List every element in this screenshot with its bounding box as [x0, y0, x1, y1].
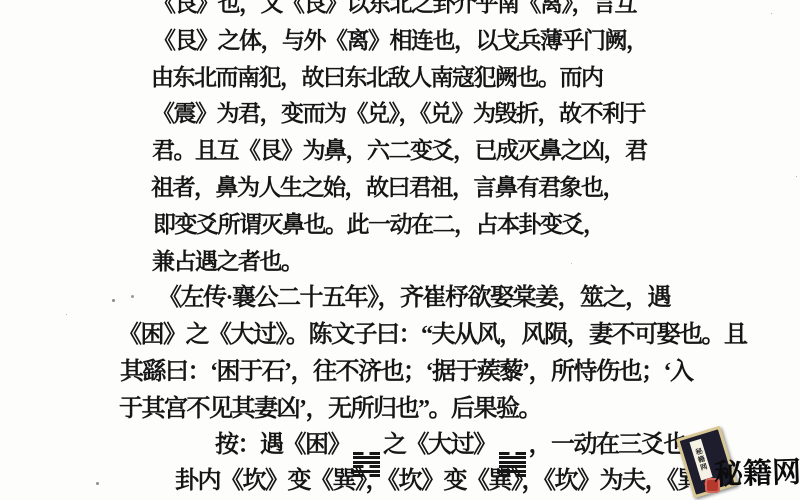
line13-text-mid: 之《大过》: [383, 432, 496, 458]
book-label-text: 秘籍网: [694, 447, 708, 472]
text-line-6: 祖者，鼻为人生之始，故曰君祖，言鼻有君象也，: [151, 174, 624, 202]
text-line-8: 兼占遇之者也。: [152, 248, 303, 276]
text-line-12: 于其宫不见其妻凶’，无所归也”。后果验。: [119, 395, 541, 424]
scan-noise-specks: [112, 299, 115, 302]
text-line-5: 君。且互《艮》为鼻，六二变爻，已成灭鼻之凶，君: [152, 137, 647, 165]
book-label: 秘籍网: [689, 439, 712, 481]
text-line-9: 《左传·襄公二十五年》，齐崔杼欲娶棠姜，筮之，遇: [158, 284, 670, 313]
watermark-site-name: 秘籍网: [713, 449, 800, 493]
scanned-page: 《艮》也，又《艮》以东北之卦介乎南《离》，言互 《艮》之体，与外《离》相连也，以…: [0, 0, 800, 500]
text-line-10: 《困》之《大过》。陈文子曰：“夫从风，风陨，妻不可娶也。且: [118, 321, 747, 350]
text-line-4: 《震》为君，变而为《兑》，《兑》为毁折，故不利于: [152, 100, 645, 128]
text-line-14: 卦内《坎》变《巽》，《坎》变《巽》，《坎》为夫，《巽》: [175, 467, 723, 496]
text-line-7: 即变爻所谓灭鼻也。此一动在二，占本卦变爻，: [153, 211, 605, 239]
line13-text-pre: 按：遇《困》: [215, 432, 350, 458]
text-line-2: 《艮》之体，与外《离》相连也，以戈兵薄乎门阙，: [153, 27, 648, 55]
text-line-3: 由东北而南犯，故曰东北敌人南寇犯阙也。而内: [151, 64, 603, 92]
text-line-1: 《艮》也，又《艮》以东北之卦介乎南《离》，言互: [153, 0, 636, 18]
text-line-11: 其繇曰：‘困于石’，往不济也；‘据于蒺藜’，所恃伤也；‘入: [120, 358, 692, 387]
